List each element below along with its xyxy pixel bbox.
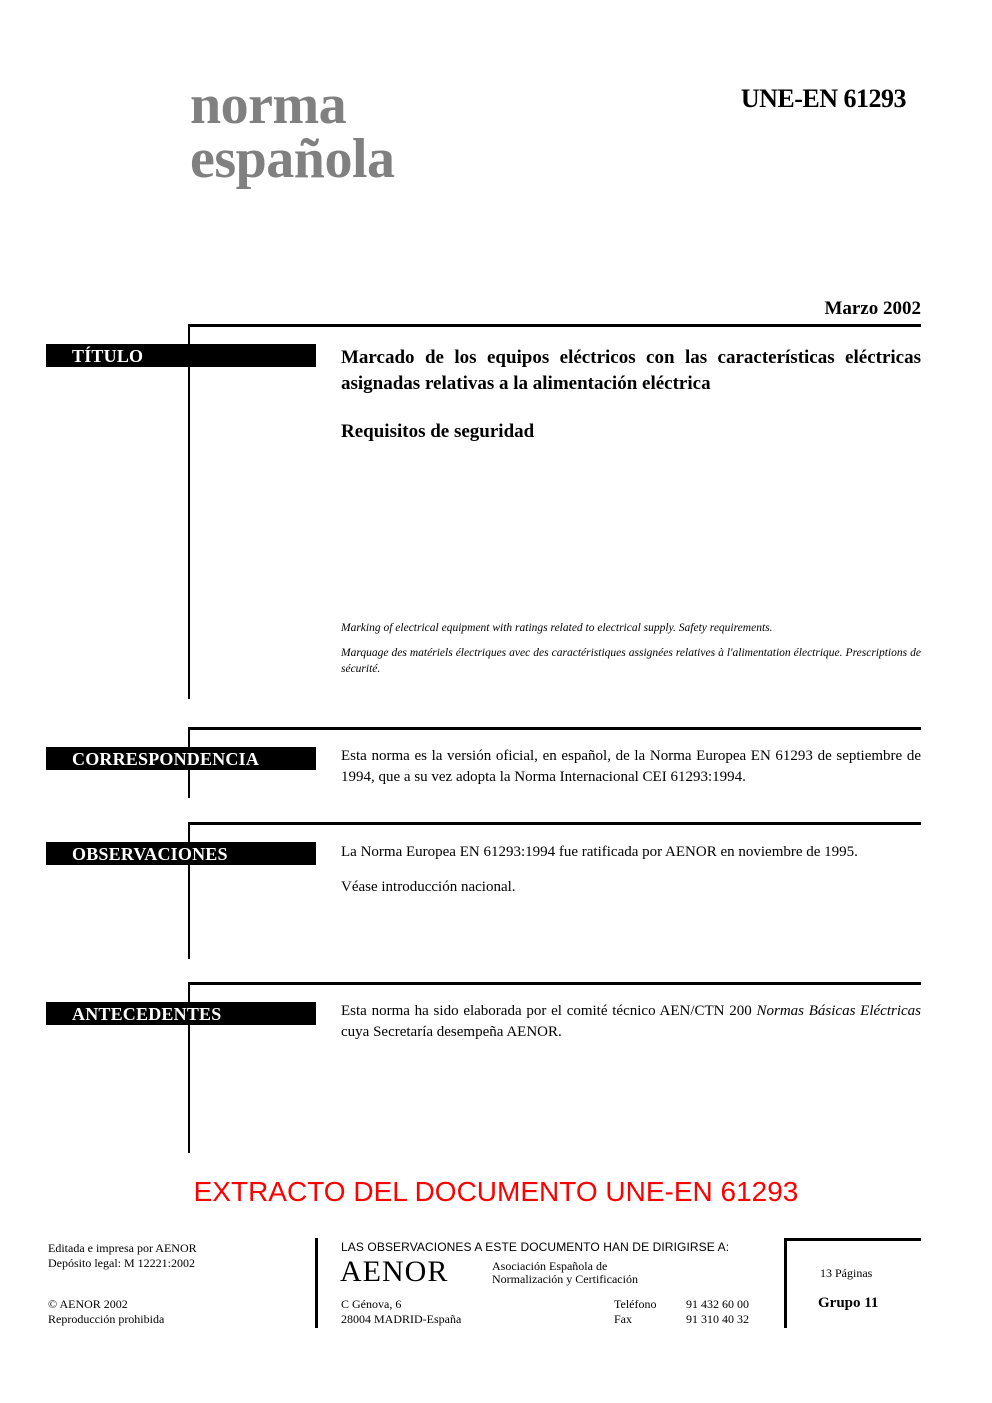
translated-titles: Marking of electrical equipment with rat… [341, 620, 921, 686]
footer-edited-by: Editada e impresa por AENOR [48, 1241, 197, 1256]
footer-address: C Génova, 6 28004 MADRID-España [341, 1297, 461, 1327]
brand-line-1: norma [190, 78, 395, 132]
footer-edition-info: Editada e impresa por AENOR Depósito leg… [48, 1241, 197, 1271]
address-line-1: C Génova, 6 [341, 1297, 461, 1312]
phone-value: 91 432 60 00 [686, 1297, 749, 1312]
title-french: Marquage des matériels électriques avec … [341, 645, 921, 677]
price-group: Grupo 11 [818, 1294, 878, 1312]
observaciones-text-1: La Norma Europea EN 61293:1994 fue ratif… [341, 842, 921, 863]
footer-legal-deposit: Depósito legal: M 12221:2002 [48, 1256, 197, 1271]
antecedentes-text-before: Esta norma ha sido elaborada por el comi… [341, 1003, 757, 1019]
section-rule-correspondencia [188, 727, 921, 730]
footer-box-horizontal [784, 1238, 921, 1241]
aenor-name-line-2: Normalización y Certificación [492, 1273, 638, 1286]
publication-date: Marzo 2002 [700, 298, 921, 320]
footer-divider [315, 1238, 318, 1328]
correspondencia-text: Esta norma es la versión oficial, en esp… [341, 746, 921, 788]
section-label-titulo: TÍTULO [46, 344, 316, 367]
fax-row: Fax 91 310 40 32 [614, 1312, 749, 1327]
brand-title: norma española [190, 78, 395, 186]
section-content-correspondencia: Esta norma es la versión oficial, en esp… [341, 746, 921, 788]
section-vrule-titulo [188, 324, 190, 699]
footer-reproduction: Reproducción prohibida [48, 1312, 164, 1327]
antecedentes-committee-name: Normas Básicas Eléctricas [757, 1003, 922, 1019]
section-rule-observaciones [188, 822, 921, 825]
extract-banner: EXTRACTO DEL DOCUMENTO UNE-EN 61293 [0, 1175, 992, 1209]
phone-label: Teléfono [614, 1297, 686, 1312]
antecedentes-text: Esta norma ha sido elaborada por el comi… [341, 1001, 921, 1043]
phone-row: Teléfono 91 432 60 00 [614, 1297, 749, 1312]
section-content-observaciones: La Norma Europea EN 61293:1994 fue ratif… [341, 842, 921, 898]
footer-box-vertical [784, 1238, 787, 1328]
section-rule-antecedentes [188, 982, 921, 985]
section-label-observaciones: OBSERVACIONES [46, 842, 316, 865]
footer-copyright: © AENOR 2002 [48, 1297, 164, 1312]
address-line-2: 28004 MADRID-España [341, 1312, 461, 1327]
footer-contact-heading: LAS OBSERVACIONES A ESTE DOCUMENTO HAN D… [341, 1240, 729, 1255]
footer-copyright-info: © AENOR 2002 Reproducción prohibida [48, 1297, 164, 1327]
section-label-antecedentes: ANTECEDENTES [46, 1002, 316, 1025]
section-content-antecedentes: Esta norma ha sido elaborada por el comi… [341, 1001, 921, 1043]
observaciones-text-2: Véase introducción nacional. [341, 877, 921, 898]
fax-label: Fax [614, 1312, 686, 1327]
section-label-correspondencia: CORRESPONDENCIA [46, 747, 316, 770]
section-rule-titulo [188, 324, 921, 327]
standard-code: UNE-EN 61293 [600, 84, 906, 114]
footer-phones: Teléfono 91 432 60 00 Fax 91 310 40 32 [614, 1297, 749, 1327]
title-spanish: Marcado de los equipos eléctricos con la… [341, 345, 921, 397]
page-count: 13 Páginas [820, 1266, 872, 1281]
title-english: Marking of electrical equipment with rat… [341, 620, 921, 636]
brand-line-2: española [190, 132, 395, 186]
section-content-titulo: Marcado de los equipos eléctricos con la… [341, 345, 921, 445]
aenor-full-name: Asociación Española de Normalización y C… [492, 1260, 638, 1286]
antecedentes-text-after: cuya Secretaría desempeña AENOR. [341, 1024, 562, 1040]
subtitle-spanish: Requisitos de seguridad [341, 419, 921, 445]
aenor-logo: AENOR [340, 1255, 448, 1289]
fax-value: 91 310 40 32 [686, 1312, 749, 1327]
